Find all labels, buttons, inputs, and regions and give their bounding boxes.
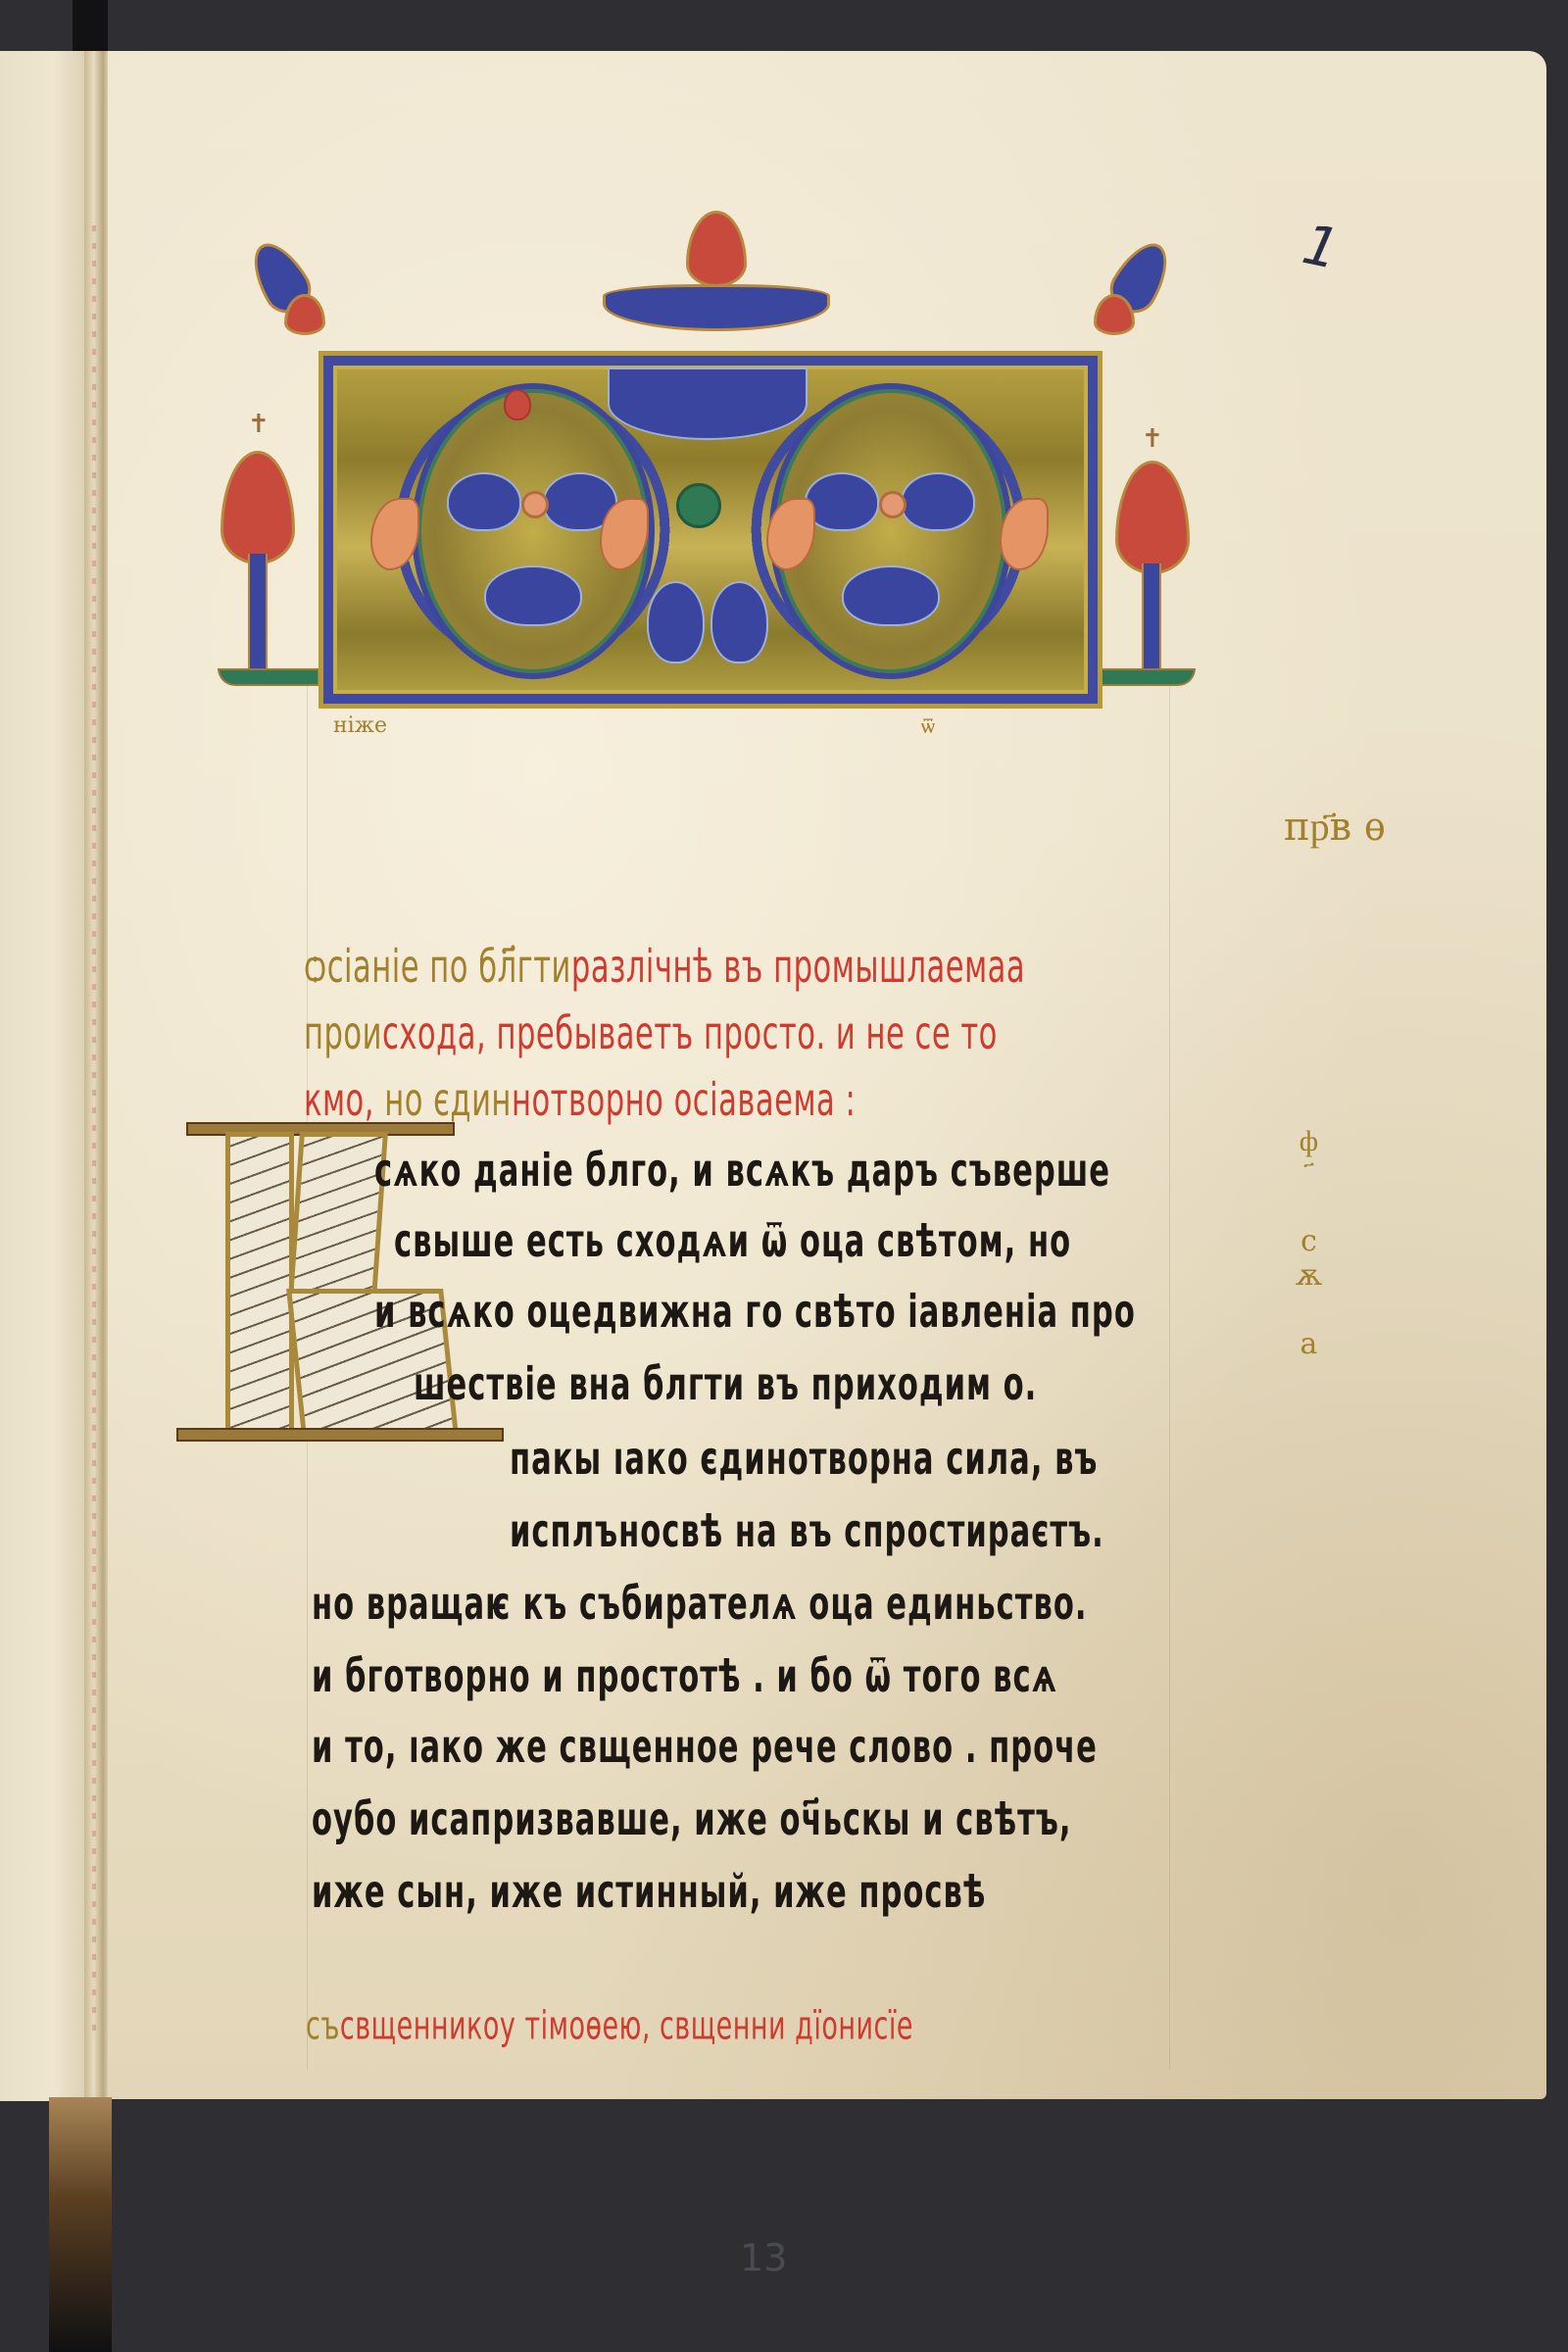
ruling-line bbox=[1169, 678, 1170, 2070]
title-superscript: ѿ bbox=[921, 713, 935, 739]
binding-thread bbox=[92, 225, 96, 2038]
central-lower-petal-icon bbox=[710, 581, 768, 663]
margin-note-right-middle: ф҃ сѫ а bbox=[1292, 1125, 1326, 1361]
rosette-icon bbox=[879, 491, 906, 518]
rubric-red-segment: разлічнѣ въ промышлаемаа bbox=[571, 941, 1025, 994]
rubric-line-2: происхода, пребываетъ просто. и не се то bbox=[304, 1007, 998, 1060]
central-lower-petal-icon bbox=[647, 581, 705, 663]
right-post bbox=[1142, 563, 1161, 671]
blue-petal-icon bbox=[805, 472, 879, 531]
rubric-red-segment: схода, пребываетъ просто. и не се то bbox=[382, 1007, 998, 1060]
central-green-rosette-icon bbox=[676, 483, 721, 528]
blue-petal-icon bbox=[484, 565, 582, 626]
rubric-line-1: ѻсіаніе по бл҃гтиразлічнѣ въ промышлаема… bbox=[304, 941, 1025, 994]
left-post bbox=[248, 554, 268, 671]
rubric-gold-segment: ѻсіаніе по бл҃гти bbox=[304, 941, 571, 994]
salmon-leaf-icon bbox=[370, 498, 419, 570]
rosette-icon bbox=[521, 491, 549, 518]
body-line-9: и то, ıако же свщенное рече слово . проч… bbox=[312, 1721, 1098, 1774]
bottom-rubric-gold: съ bbox=[306, 2003, 340, 2049]
body-line-2: свыше есть сходѧи ѿ оца свѣтом, но bbox=[394, 1215, 1071, 1268]
title-superscript: ніже bbox=[333, 713, 387, 738]
page-number: 13 bbox=[740, 2236, 787, 2279]
blue-petal-icon bbox=[842, 565, 940, 626]
gilded-headpiece bbox=[318, 351, 1102, 709]
binding-gap-bottom bbox=[49, 2097, 112, 2352]
initial-bottom-bar bbox=[176, 1428, 504, 1442]
left-bracket bbox=[218, 668, 319, 686]
initial-upper-bowl bbox=[288, 1132, 388, 1298]
central-blue-leaf-icon bbox=[608, 367, 808, 440]
margin-note-top-right: пр҃в ѳ bbox=[1284, 804, 1386, 850]
body-line-7: но вращаѥ къ събирателѧ оца единьство. bbox=[312, 1578, 1088, 1631]
body-line-8: и бготворно и простотѣ . и бо ѿ того всѧ bbox=[312, 1650, 1057, 1703]
initial-stem bbox=[225, 1132, 294, 1436]
gutter bbox=[84, 51, 108, 2099]
right-cross-icon: ✝ bbox=[1142, 426, 1163, 452]
bottom-rubric-red: свщенникоу тімоѳею, свщенни дїонисїе bbox=[340, 2003, 913, 2049]
binding-gap-top bbox=[73, 0, 108, 51]
bottom-rubric: съсвщенникоу тімоѳею, свщенни дїонисїе bbox=[306, 2003, 913, 2049]
body-line-3: и всѧко оцедвижна го свѣто іавленіа про bbox=[374, 1286, 1136, 1339]
right-bracket bbox=[1098, 668, 1196, 686]
red-bud-icon bbox=[504, 389, 531, 420]
rubric-gold-segment: прои bbox=[304, 1007, 382, 1060]
rubric-red-segment: нотворно осіаваема : bbox=[512, 1074, 856, 1127]
left-cross-icon: ✝ bbox=[248, 412, 269, 437]
body-line-4: шествіе вна блгти въ приходим о. bbox=[414, 1358, 1037, 1411]
previous-page-edge bbox=[0, 51, 90, 2101]
body-line-5: пакы ıако єдинотворна сила, въ bbox=[510, 1433, 1098, 1486]
gold-title-block: Ѡ НЕБЕСНѢМЪ СВЯЩЕННОНАЧАЛІИ, ВЪ НЕМЖЕ НЕ… bbox=[302, 753, 1125, 921]
blue-petal-icon bbox=[447, 472, 521, 531]
body-line-10: оубо исапризвавше, иже оч҃ьскы и свѣтъ, bbox=[312, 1793, 1072, 1846]
body-line-1: сѧкo даніе блго, и всѧкъ даръ съверше bbox=[374, 1145, 1110, 1198]
body-line-11: иже сын, иже истинный, иже просвѣ bbox=[312, 1866, 986, 1919]
blue-petal-icon bbox=[901, 472, 975, 531]
body-line-6: исплъносвѣ на въ спростираєтъ. bbox=[510, 1505, 1104, 1558]
